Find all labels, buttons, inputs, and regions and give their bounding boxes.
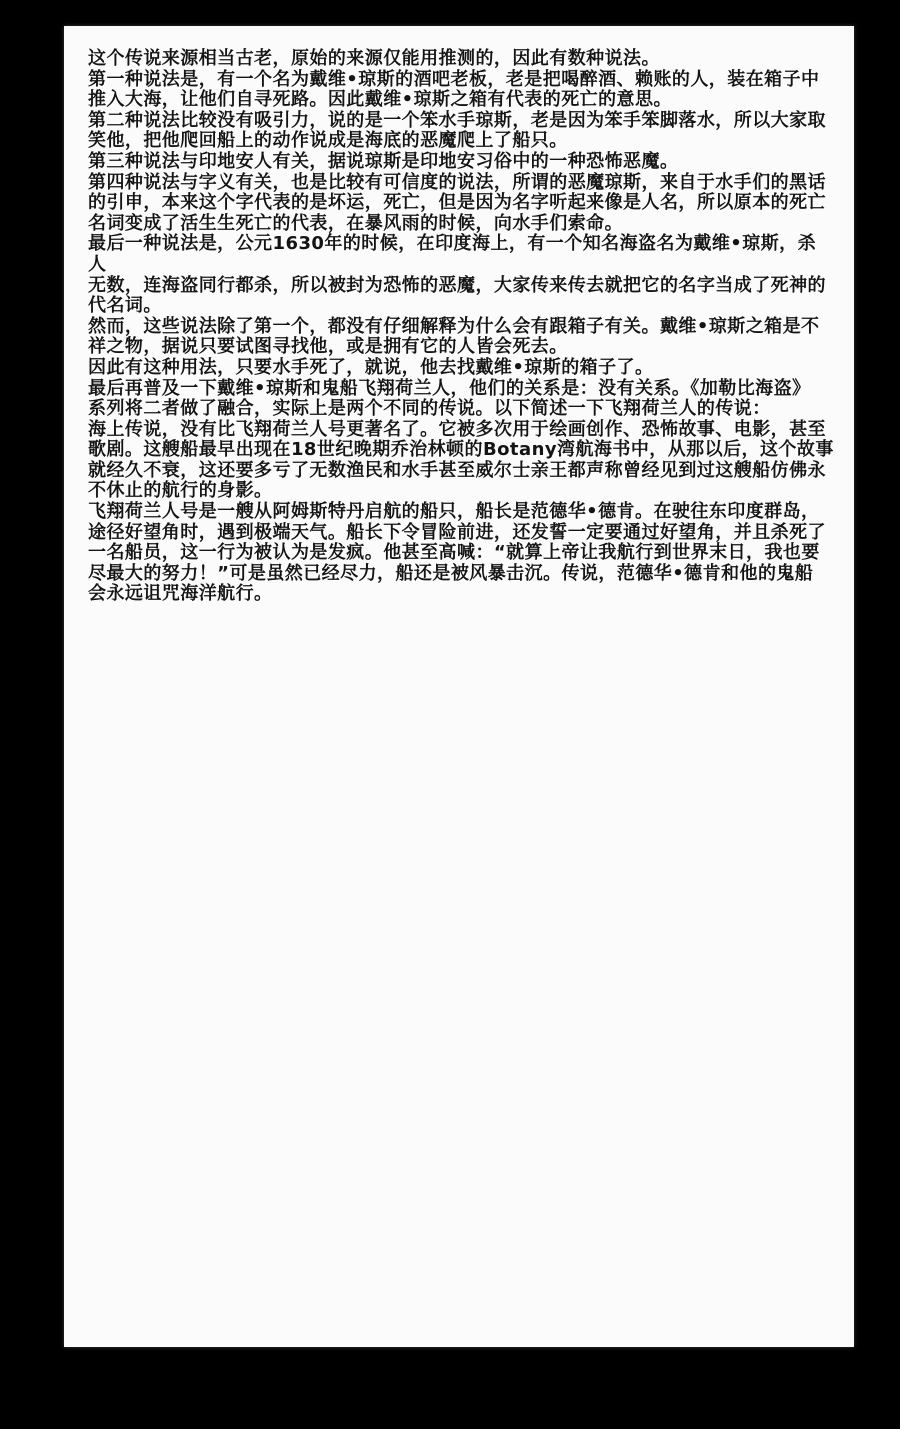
document-page: 这个传说来源相当古老，原始的来源仅能用推测的，因此有数种说法。 第一种说法是，有… — [64, 26, 854, 1347]
document-text: 这个传说来源相当古老，原始的来源仅能用推测的，因此有数种说法。 第一种说法是，有… — [88, 49, 834, 605]
screenshot-background: { "colors": { "background": "#000000", "… — [0, 0, 900, 1429]
